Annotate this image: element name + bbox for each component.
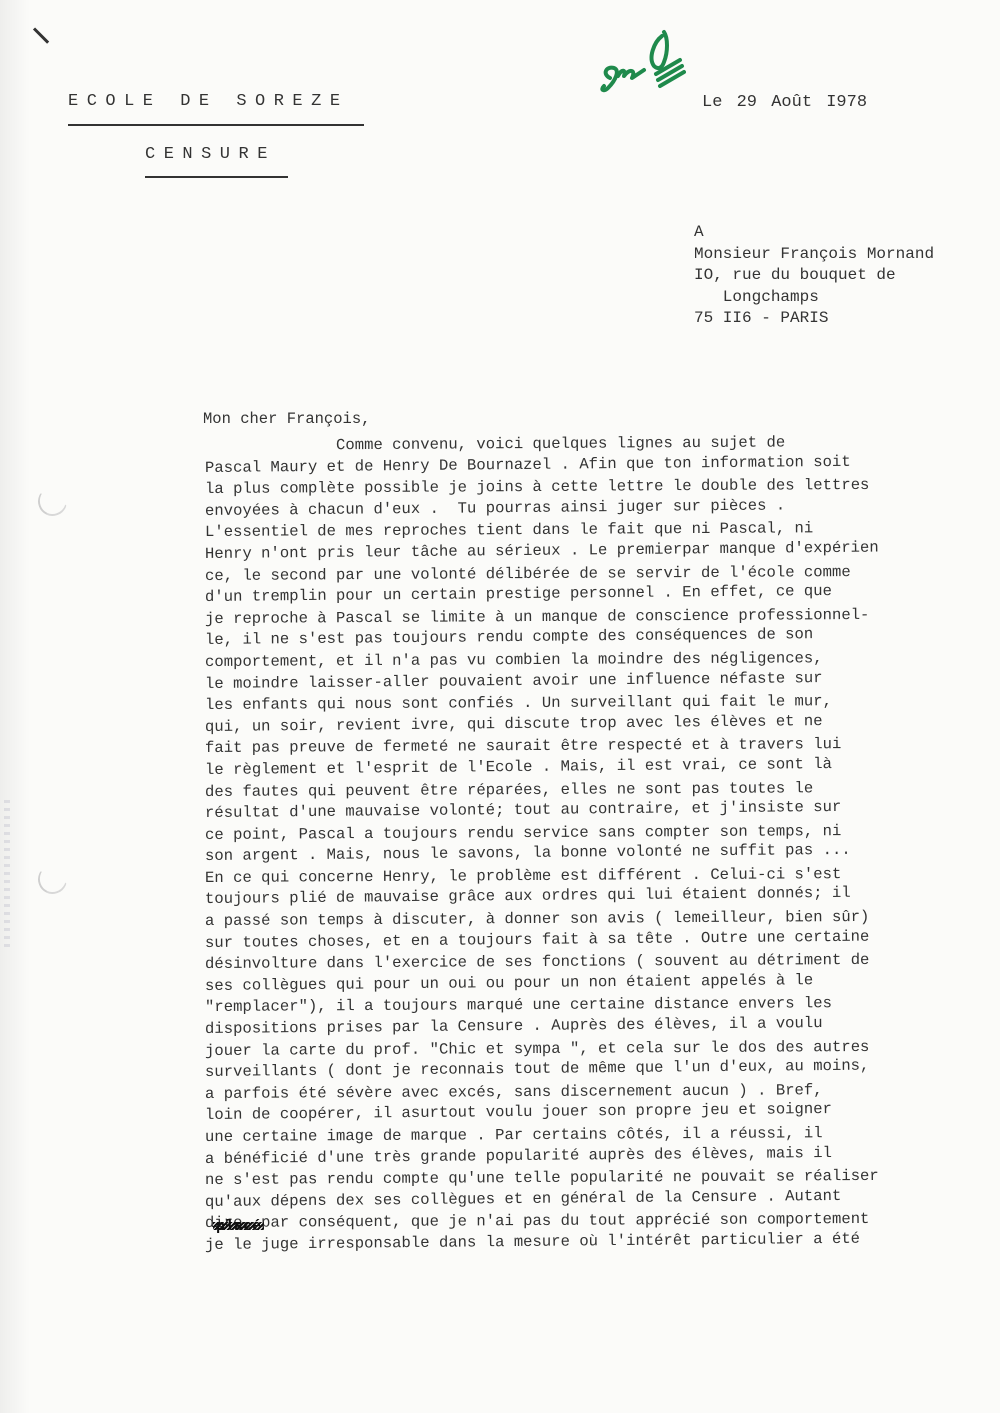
recipient-line: IO, rue du bouquet de: [694, 266, 896, 284]
page-edge-shadow: [0, 0, 30, 1413]
letter-body: Comme convenu, voici quelques lignes au …: [205, 436, 1000, 1257]
margin-bleed-through: [4, 800, 10, 950]
recipient-line: 75 II6 - PARIS: [694, 309, 828, 327]
department-underline: [145, 176, 288, 178]
punch-hole: [34, 483, 71, 520]
salutation: Mon cher François,: [203, 410, 370, 428]
recipient-address: A Monsieur François Mornand IO, rue du b…: [694, 222, 934, 330]
recipient-line: Longchamps: [694, 288, 819, 306]
pen-tick-mark: [33, 27, 49, 43]
recipient-prefix: A: [694, 223, 704, 241]
handwritten-initials-annotation: [596, 28, 686, 98]
letterhead-institution: ECOLE DE SOREZE: [68, 92, 349, 111]
letterhead-department: CENSURE: [145, 145, 276, 164]
struck-out-word: placé: [216, 1218, 261, 1235]
letterhead-underline: [68, 124, 364, 126]
recipient-line: Monsieur François Mornand: [694, 245, 934, 263]
punch-hole: [34, 861, 71, 898]
letter-date: Le 29 Août I978: [702, 93, 867, 112]
